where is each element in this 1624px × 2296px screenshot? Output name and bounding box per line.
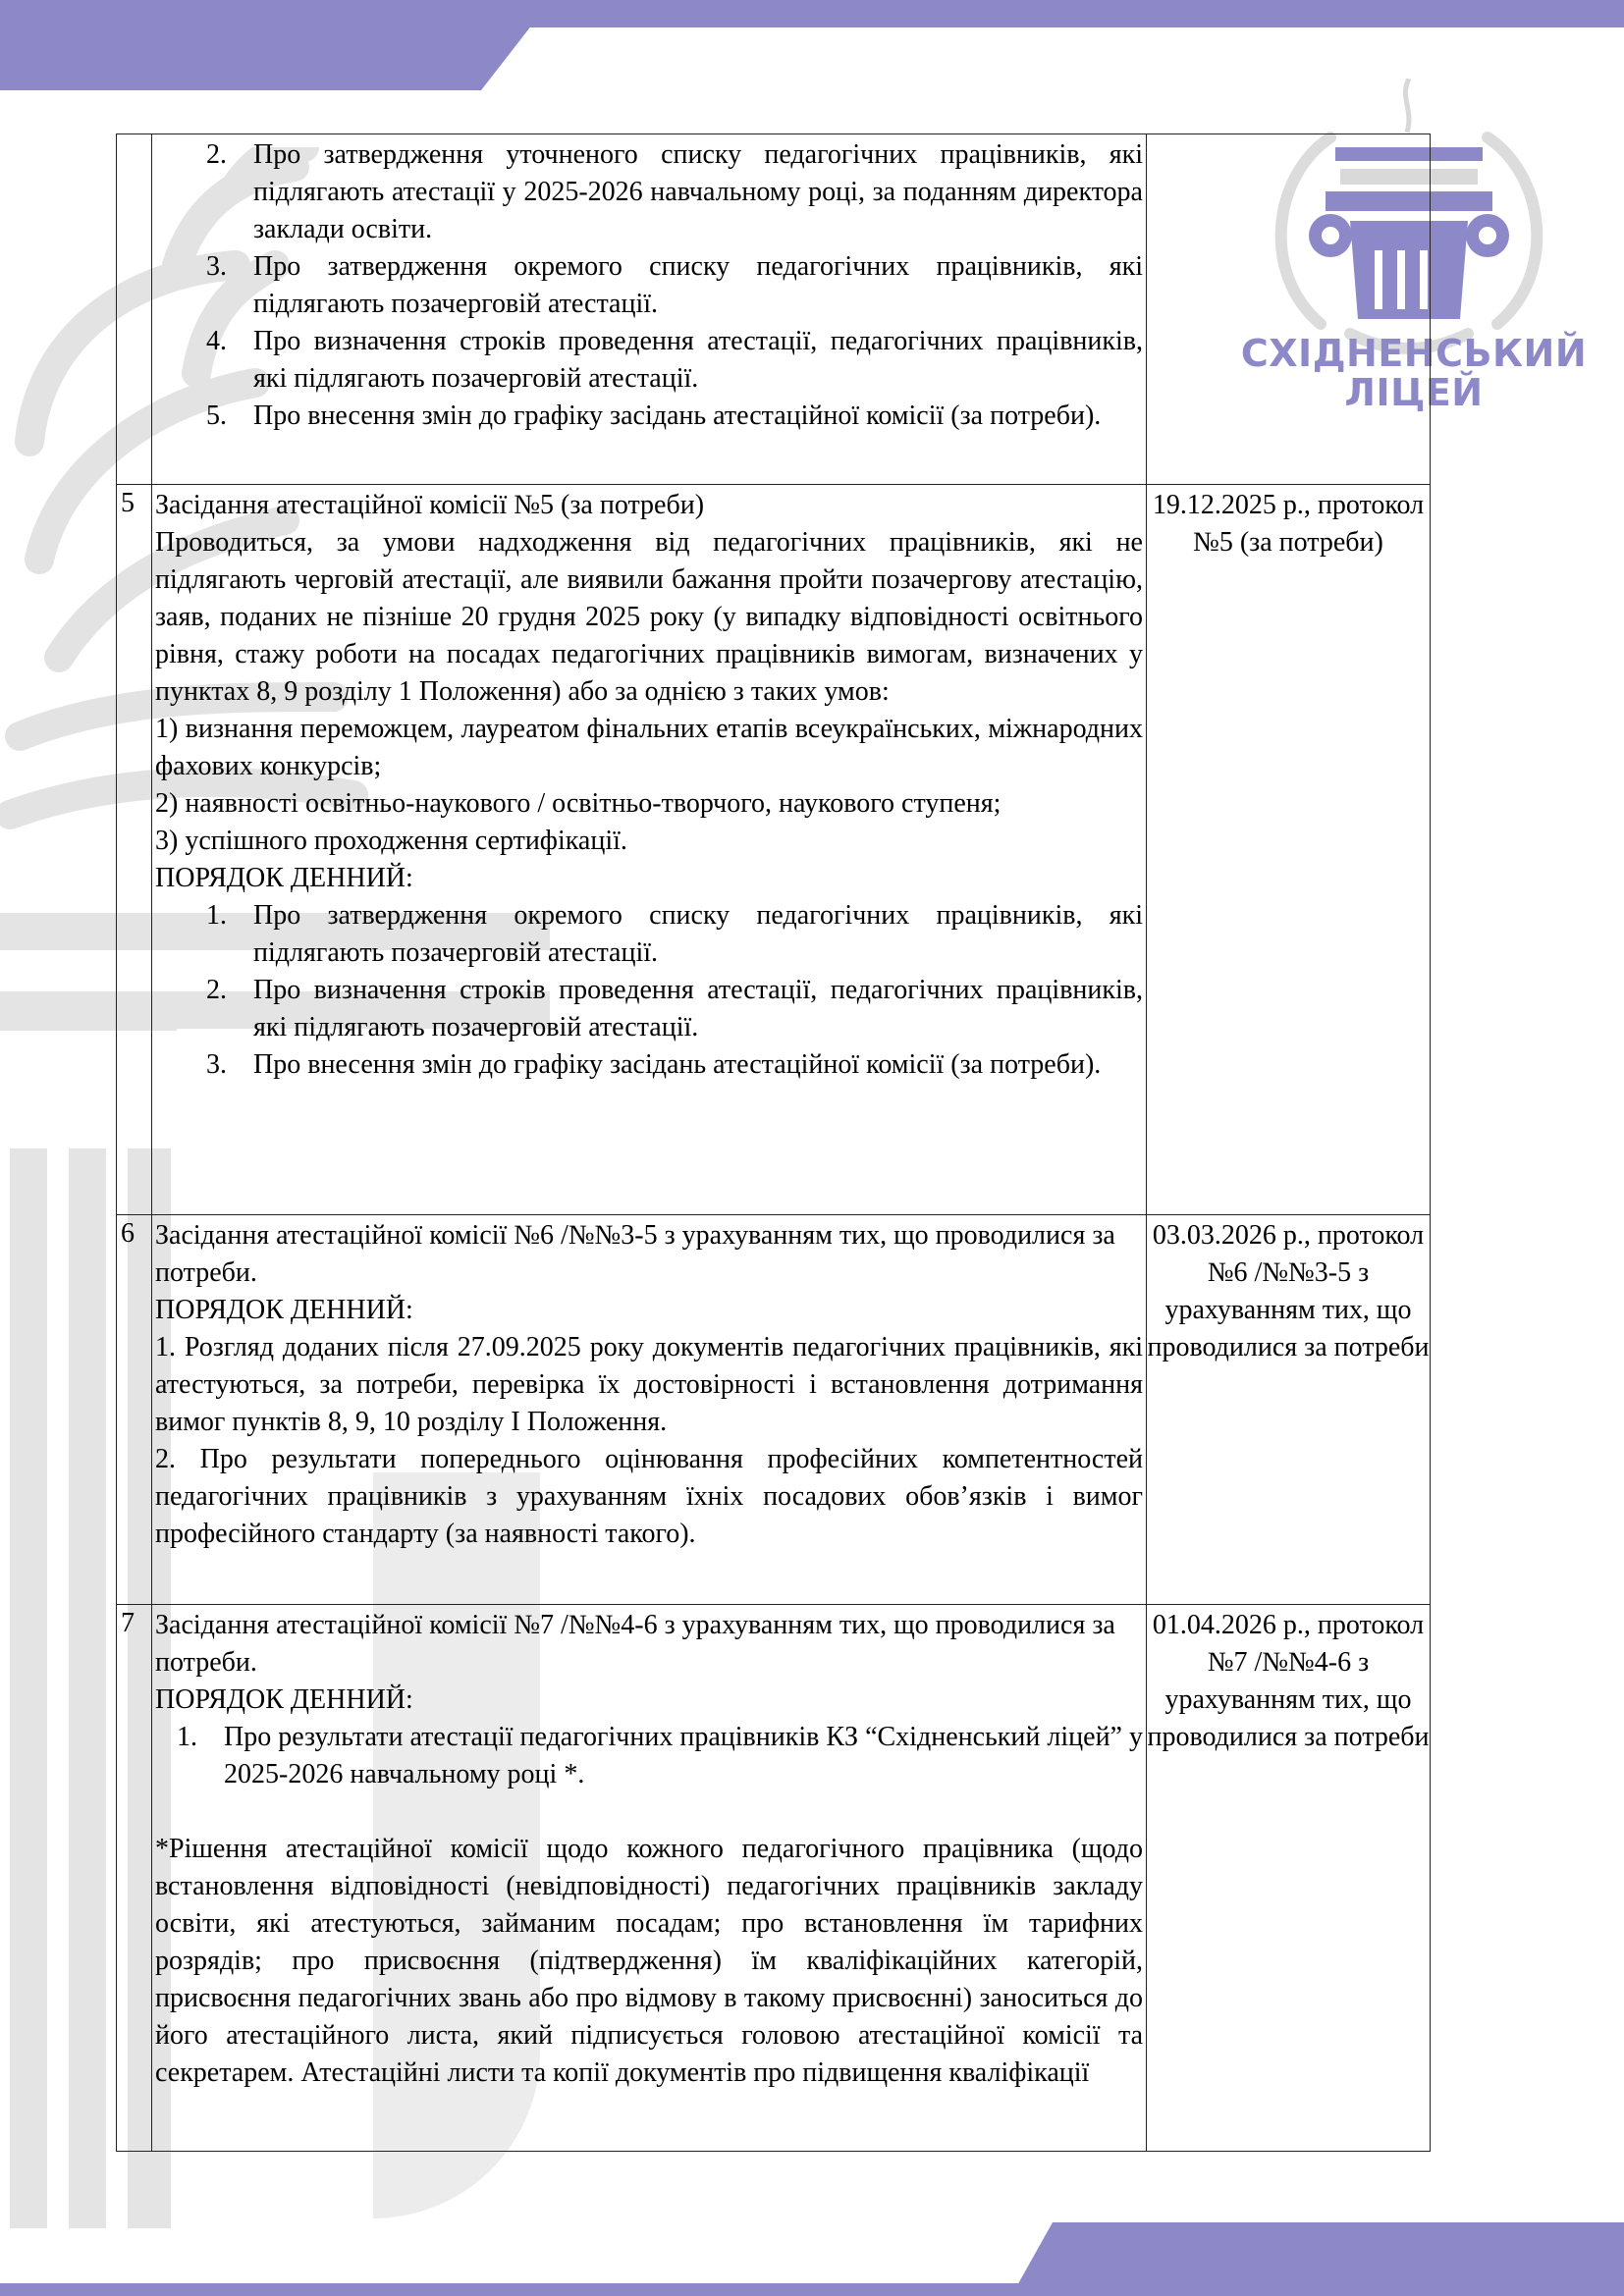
meeting-title: Засідання атестаційної комісії №7 /№№4-6…	[155, 1607, 1143, 1682]
table-row: 2.Про затвердження уточненого списку пед…	[117, 134, 1431, 485]
condition-item: 3) успішного проходження сертифікації.	[155, 823, 1143, 860]
agenda-item: 5. Про внесення змін до графіку засідань…	[155, 398, 1143, 435]
agenda-label: ПОРЯДОК ДЕННИЙ:	[155, 1292, 1143, 1329]
agenda-item: 3.Про затвердження окремого списку педаг…	[155, 248, 1143, 323]
table-row: 6 Засідання атестаційної комісії №6 /№№3…	[117, 1215, 1431, 1605]
row-date: 01.04.2026 р., протокол №7 /№№4-6 з урах…	[1147, 1605, 1431, 2152]
row-date: 03.03.2026 р., протокол №6 /№№3-5 з урах…	[1147, 1215, 1431, 1605]
watermark-column	[10, 1148, 47, 2228]
meeting-description: Проводиться, за умови надходження від пе…	[155, 524, 1143, 711]
agenda-item: 2. Про результати попереднього оцінюванн…	[155, 1441, 1143, 1553]
condition-item: 1) визнання переможцем, лауреатом фіналь…	[155, 711, 1143, 785]
row-number: 5	[117, 485, 152, 1215]
agenda-label: ПОРЯДОК ДЕННИЙ:	[155, 1682, 1143, 1719]
row-number: 7	[117, 1605, 152, 2152]
meeting-title: Засідання атестаційної комісії №5 (за по…	[155, 487, 1143, 524]
agenda-item: 1.Про затвердження окремого списку педаг…	[155, 897, 1143, 972]
footer-band	[0, 2283, 1624, 2296]
agenda-label: ПОРЯДОК ДЕННИЙ:	[155, 860, 1143, 897]
watermark-column	[69, 1148, 106, 2228]
row-content: Засідання атестаційної комісії №5 (за по…	[152, 485, 1147, 1215]
row-date: 19.12.2025 р., протокол №5 (за потреби)	[1147, 485, 1431, 1215]
row-number	[117, 134, 152, 485]
table-row: 5 Засідання атестаційної комісії №5 (за …	[117, 485, 1431, 1215]
agenda-list: 1.Про результати атестації педагогічних …	[155, 1719, 1143, 1793]
agenda-item: 2.Про затвердження уточненого списку пед…	[155, 136, 1143, 248]
row-content: Засідання атестаційної комісії №6 /№№3-5…	[152, 1215, 1147, 1605]
row-content: Засідання атестаційної комісії №7 /№№4-6…	[152, 1605, 1147, 2152]
condition-item: 2) наявності освітньо-наукового / освітн…	[155, 785, 1143, 823]
header-shape	[0, 0, 550, 90]
agenda-item: 1.Про результати атестації педагогічних …	[155, 1719, 1143, 1793]
agenda-list: 1.Про затвердження окремого списку педаг…	[155, 897, 1143, 1084]
agenda-item: 1. Розгляд доданих після 27.09.2025 року…	[155, 1329, 1143, 1441]
agenda-item: 2.Про визначення строків проведення атес…	[155, 972, 1143, 1046]
agenda-list: 2.Про затвердження уточненого списку пед…	[155, 136, 1143, 435]
agenda-item: 3. Про внесення змін до графіку засідань…	[155, 1046, 1143, 1084]
row-number: 6	[117, 1215, 152, 1605]
attestation-schedule-table: 2.Про затвердження уточненого списку пед…	[116, 133, 1431, 2152]
meeting-title: Засідання атестаційної комісії №6 /№№3-5…	[155, 1217, 1143, 1292]
footnote: *Рішення атестаційної комісії щодо кожно…	[155, 1831, 1143, 2092]
row-content: 2.Про затвердження уточненого списку пед…	[152, 134, 1147, 485]
spacer	[155, 1793, 1143, 1831]
table-row: 7 Засідання атестаційної комісії №7 /№№4…	[117, 1605, 1431, 2152]
row-date	[1147, 134, 1431, 485]
agenda-item: 4.Про визначення строків проведення атес…	[155, 323, 1143, 398]
